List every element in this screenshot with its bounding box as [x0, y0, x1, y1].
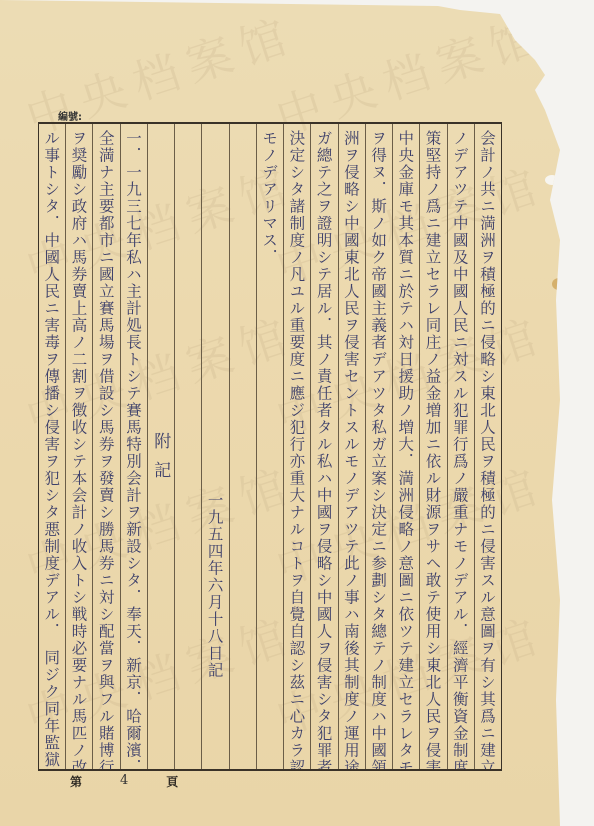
blank-column: [174, 124, 201, 769]
date-column: 一九五四年六月十八日記: [201, 124, 228, 769]
manuscript-grid: 会計ノ共ニ満洲ヲ積極的ニ侵略シ東北人民ヲ積極的ニ侵害スル意圖ヲ有シ其爲ニ建立セラ…: [38, 122, 502, 771]
text-column: 会計ノ共ニ満洲ヲ積極的ニ侵略シ東北人民ヲ積極的ニ侵害スル意圖ヲ有シ其爲ニ建立セラ…: [474, 124, 501, 769]
document-page: 中央档案馆 中央档案馆 中央档案馆 中央档案馆 中央档案馆 中央档案馆 中央档案…: [0, 0, 560, 826]
text-column: ル事トシタ．中國人民ニ害毒ヲ傳播シ侵害ヲ犯シタ悪制度デアル． 同ジク同年監獄特別…: [39, 124, 65, 769]
appendix-heading: 附記: [147, 124, 174, 769]
header-label: 編號:: [58, 108, 82, 123]
page-suffix: 頁: [166, 773, 178, 790]
paper-hole: [545, 175, 559, 185]
text-column: 全満ナ主要都市ニ國立賽馬場ヲ借設シ馬券ヲ發賣シ勝馬券ニ対シ配當ヲ與フル賭博行爲: [92, 124, 119, 769]
text-column: ノデアツテ中國及中國人民ニ対スル犯罪行爲ノ嚴重ナモノデアル．經濟平衡資金制度ハ低…: [447, 124, 474, 769]
page-prefix: 第: [70, 773, 82, 790]
text-column: ヲ得ヌ．斯ノ如ク帝國主義者デアツタ私ガ立案シ決定ニ参劃シタ總テノ制度ハ中國領土満: [365, 124, 392, 769]
page-footer: 第 4 頁: [70, 773, 178, 790]
text-column: 決定シタ諸制度ノ凡ユル重要度ニ應ジ犯行亦重大ナルコトヲ自覺自認シ茲ニ心カラ認罪ス…: [283, 124, 310, 769]
blank-column: [229, 124, 256, 769]
text-column: 洲ヲ侵略シ中國東北人民ヲ侵害セントスルモノデアツテ此ノ事ハ南後其制度ノ運用途上ニ…: [338, 124, 365, 769]
page-number: 4: [120, 773, 128, 790]
text-column: モノデアリマス．: [256, 124, 283, 769]
text-column: 一．一九三七年私ハ主計処長トシテ賽馬特別会計ヲ新設シタ．奉天．新京．哈爾濱．吉林…: [120, 124, 147, 769]
text-column: ヲ奨勵シ政府ハ馬券賣上高ノ二割ヲ徴收シテ本会計ノ收入トシ戦時必要ナル馬匹ノ改良ヲ…: [65, 124, 92, 769]
text-column: 策堅持ノ爲ニ建立セラレ同庄ノ益金増加ニ依ル財源ヲサヘ敢テ使用シ東北人民ヲ侵害シタ…: [419, 124, 446, 769]
paper-stain: [552, 278, 566, 290]
text-column: 中央金庫モ其本質ニ於テハ対日援助ノ増大．満洲侵略ノ意圖ニ依ツテ建立セラレタモノト…: [392, 124, 419, 769]
text-column: ガ總テ之ヲ證明シテ居ル．其ノ責任者タル私ハ中國ヲ侵略シ中國人ヲ侵害シタ犯罪者デア…: [310, 124, 337, 769]
